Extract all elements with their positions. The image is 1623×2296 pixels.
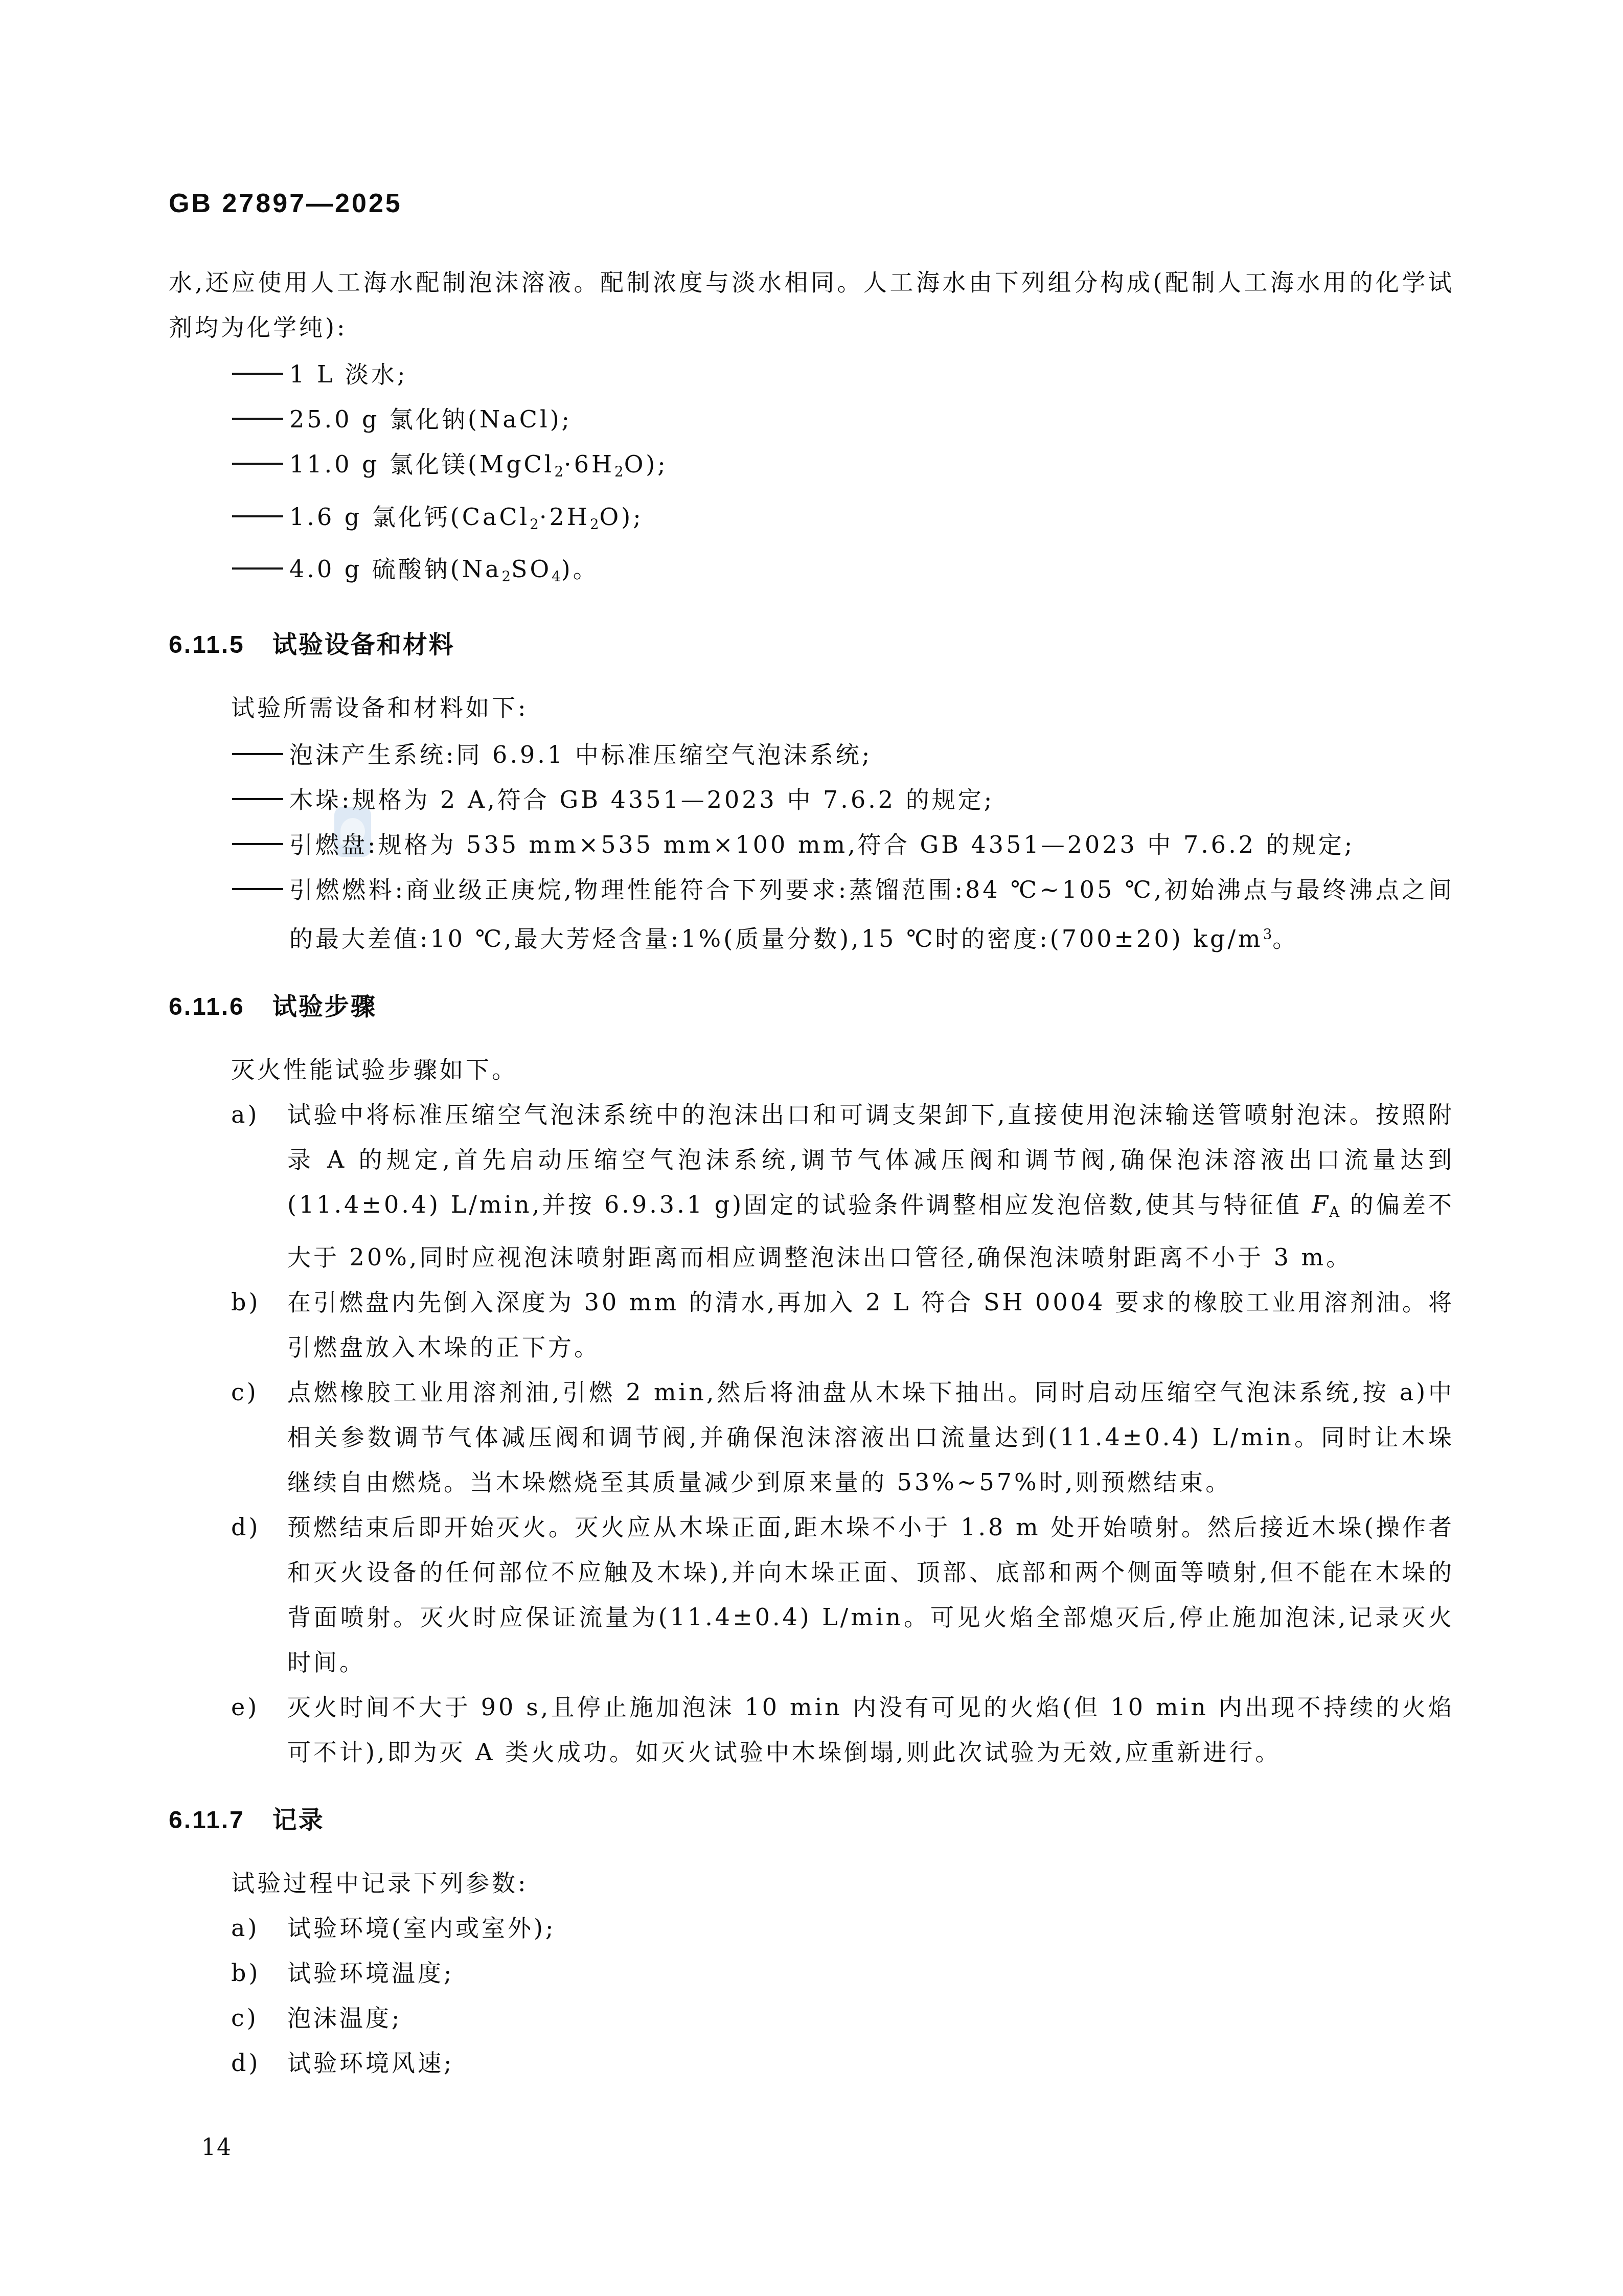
step-text: 灭火时间不大于 90 s,且停止施加泡沫 10 min 内没有可见的火焰(但 1…	[287, 1685, 1454, 1775]
section-number: 6.11.6	[169, 993, 245, 1021]
component-text: 25.0 g 氯化钠(NaCl);	[289, 397, 1454, 442]
page-number: 14	[201, 2134, 232, 2161]
step-label: e)	[231, 1685, 287, 1775]
param-label: b)	[231, 1950, 287, 1995]
equipment-text: 引燃燃料:商业级正庚烷,物理性能符合下列要求:蒸馏范围:84 ℃~105 ℃,初…	[289, 867, 1454, 961]
dash-marker-icon	[231, 494, 289, 547]
section-title: 试验设备和材料	[272, 631, 455, 660]
component-text: 4.0 g 硫酸钠(Na2SO4)。	[289, 547, 1454, 599]
dash-marker-icon	[231, 397, 289, 442]
step-text: 试验中将标准压缩空气泡沫系统中的泡沫出口和可调支架卸下,直接使用泡沫输送管喷射泡…	[287, 1092, 1454, 1280]
standard-number-header: GB 27897—2025	[169, 188, 1454, 219]
component-text: 1 L 淡水;	[289, 352, 1454, 397]
lead-paragraph: 试验过程中记录下列参数:	[169, 1860, 1454, 1905]
equipment-list: 泡沫产生系统:同 6.9.1 中标准压缩空气泡沫系统; 木垛:规格为 2 A,符…	[169, 732, 1454, 961]
section-number: 6.11.7	[169, 1806, 245, 1835]
param-item: b) 试验环境温度;	[231, 1950, 1454, 1995]
step-item: c) 点燃橡胶工业用溶剂油,引燃 2 min,然后将油盘从木垛下抽出。同时启动压…	[231, 1370, 1454, 1505]
lead-paragraph: 灭火性能试验步骤如下。	[169, 1047, 1454, 1092]
param-text: 试验环境风速;	[287, 2040, 1454, 2085]
list-item: 木垛:规格为 2 A,符合 GB 4351—2023 中 7.6.2 的规定;	[231, 777, 1454, 822]
seawater-components-list: 1 L 淡水; 25.0 g 氯化钠(NaCl); 11.0 g 氯化镁(MgC…	[169, 352, 1454, 599]
section-heading-6-11-5: 6.11.5 试验设备和材料	[169, 631, 1454, 660]
page-body: 水,还应使用人工海水配制泡沫溶液。配制浓度与淡水相同。人工海水由下列组分构成(配…	[169, 260, 1454, 2085]
equipment-text: 木垛:规格为 2 A,符合 GB 4351—2023 中 7.6.2 的规定;	[289, 777, 1454, 822]
param-label: a)	[231, 1905, 287, 1950]
dash-marker-icon	[231, 732, 289, 777]
param-text: 泡沫温度;	[287, 1995, 1454, 2040]
component-text: 1.6 g 氯化钙(CaCl2·2H2O);	[289, 494, 1454, 547]
dash-marker-icon	[231, 822, 289, 867]
list-item: 引燃燃料:商业级正庚烷,物理性能符合下列要求:蒸馏范围:84 ℃~105 ℃,初…	[231, 867, 1454, 961]
step-text: 预燃结束后即开始灭火。灭火应从木垛正面,距木垛不小于 1.8 m 处开始喷射。然…	[287, 1505, 1454, 1685]
param-item: a) 试验环境(室内或室外);	[231, 1905, 1454, 1950]
lead-paragraph: 试验所需设备和材料如下:	[169, 685, 1454, 730]
list-item: 1.6 g 氯化钙(CaCl2·2H2O);	[231, 494, 1454, 547]
section-heading-6-11-6: 6.11.6 试验步骤	[169, 993, 1454, 1021]
step-item: a) 试验中将标准压缩空气泡沫系统中的泡沫出口和可调支架卸下,直接使用泡沫输送管…	[231, 1092, 1454, 1280]
list-item: 引燃盘:规格为 535 mm×535 mm×100 mm,符合 GB 4351—…	[231, 822, 1454, 867]
list-item: 泡沫产生系统:同 6.9.1 中标准压缩空气泡沫系统;	[231, 732, 1454, 777]
step-item: b) 在引燃盘内先倒入深度为 30 mm 的清水,再加入 2 L 符合 SH 0…	[231, 1280, 1454, 1370]
dash-marker-icon	[231, 442, 289, 494]
step-label: d)	[231, 1505, 287, 1685]
equipment-text: 引燃盘:规格为 535 mm×535 mm×100 mm,符合 GB 4351—…	[289, 822, 1454, 867]
param-text: 试验环境温度;	[287, 1950, 1454, 1995]
step-item: e) 灭火时间不大于 90 s,且停止施加泡沫 10 min 内没有可见的火焰(…	[231, 1685, 1454, 1775]
step-label: c)	[231, 1370, 287, 1505]
record-params-list: a) 试验环境(室内或室外); b) 试验环境温度; c) 泡沫温度; d) 试…	[169, 1905, 1454, 2085]
section-number: 6.11.5	[169, 631, 245, 660]
dash-marker-icon	[231, 777, 289, 822]
section-heading-6-11-7: 6.11.7 记录	[169, 1806, 1454, 1835]
dash-marker-icon	[231, 547, 289, 599]
step-item: d) 预燃结束后即开始灭火。灭火应从木垛正面,距木垛不小于 1.8 m 处开始喷…	[231, 1505, 1454, 1685]
list-item: 4.0 g 硫酸钠(Na2SO4)。	[231, 547, 1454, 599]
document-page: GB 27897—2025 水,还应使用人工海水配制泡沫溶液。配制浓度与淡水相同…	[0, 0, 1623, 2296]
list-item: 25.0 g 氯化钠(NaCl);	[231, 397, 1454, 442]
param-item: c) 泡沫温度;	[231, 1995, 1454, 2040]
component-text: 11.0 g 氯化镁(MgCl2·6H2O);	[289, 442, 1454, 494]
section-title: 试验步骤	[272, 993, 377, 1021]
intro-paragraph: 水,还应使用人工海水配制泡沫溶液。配制浓度与淡水相同。人工海水由下列组分构成(配…	[169, 260, 1454, 350]
param-label: d)	[231, 2040, 287, 2085]
dash-marker-icon	[231, 352, 289, 397]
section-title: 记录	[272, 1806, 325, 1835]
list-item: 11.0 g 氯化镁(MgCl2·6H2O);	[231, 442, 1454, 494]
dash-marker-icon	[231, 867, 289, 961]
list-item: 1 L 淡水;	[231, 352, 1454, 397]
step-label: a)	[231, 1092, 287, 1280]
equipment-text: 泡沫产生系统:同 6.9.1 中标准压缩空气泡沫系统;	[289, 732, 1454, 777]
param-item: d) 试验环境风速;	[231, 2040, 1454, 2085]
test-steps-list: a) 试验中将标准压缩空气泡沫系统中的泡沫出口和可调支架卸下,直接使用泡沫输送管…	[169, 1092, 1454, 1775]
step-text: 点燃橡胶工业用溶剂油,引燃 2 min,然后将油盘从木垛下抽出。同时启动压缩空气…	[287, 1370, 1454, 1505]
step-text: 在引燃盘内先倒入深度为 30 mm 的清水,再加入 2 L 符合 SH 0004…	[287, 1280, 1454, 1370]
param-label: c)	[231, 1995, 287, 2040]
step-label: b)	[231, 1280, 287, 1370]
param-text: 试验环境(室内或室外);	[287, 1905, 1454, 1950]
